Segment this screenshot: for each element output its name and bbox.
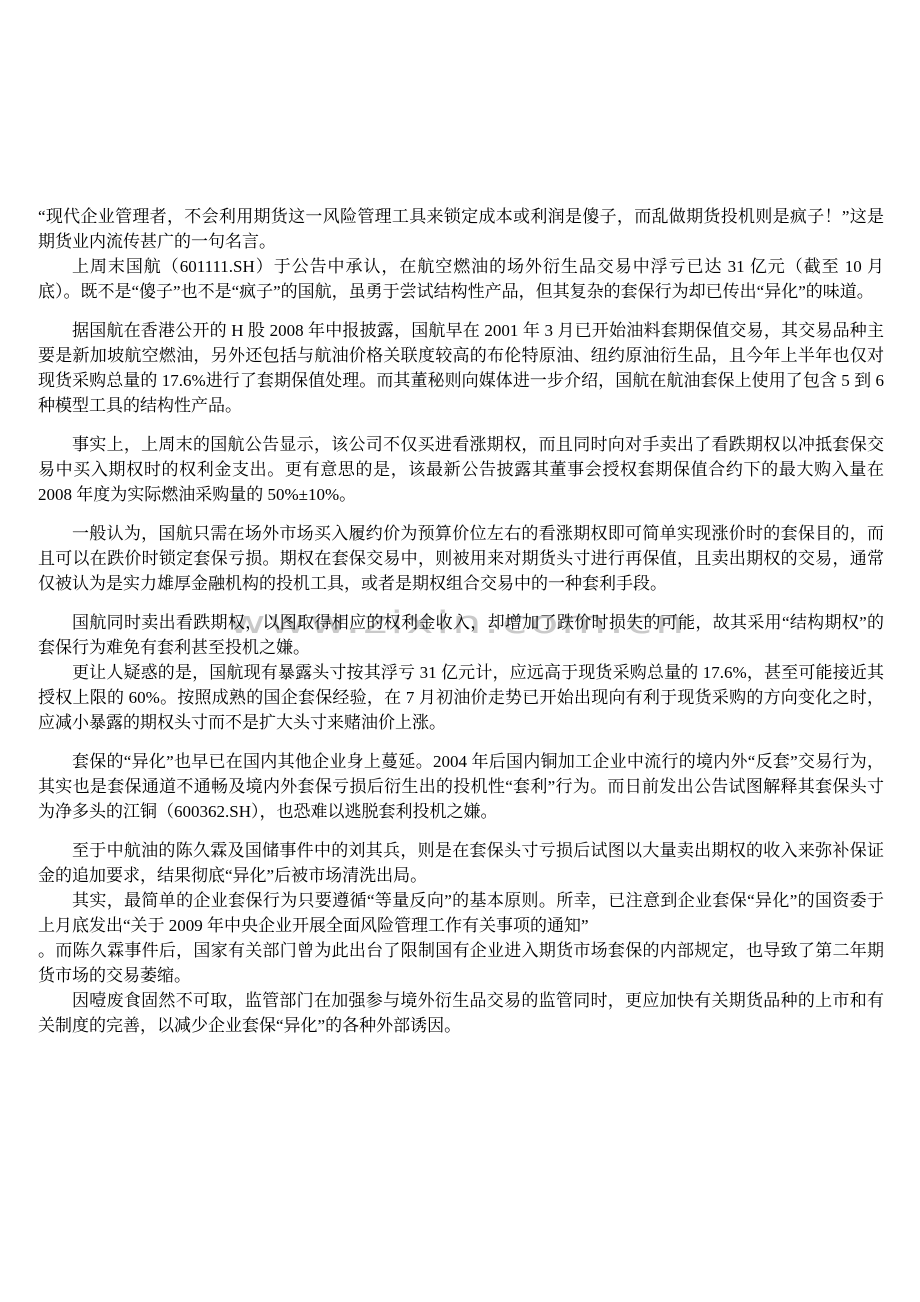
- paragraph: 事实上，上周末的国航公告显示，该公司不仅买进看涨期权，而且同时向对手卖出了看跌期…: [38, 432, 884, 507]
- paragraph: 上周末国航（601111.SH）于公告中承认，在航空燃油的场外衍生品交易中浮亏已…: [38, 254, 884, 304]
- paragraph: 更让人疑惑的是，国航现有暴露头寸按其浮亏 31 亿元计，应远高于现货采购总量的 …: [38, 660, 884, 735]
- paragraph: 至于中航油的陈久霖及国储事件中的刘其兵，则是在套保头寸亏损后试图以大量卖出期权的…: [38, 838, 884, 888]
- document-body: “现代企业管理者，不会利用期货这一风险管理工具来锁定成本或利润是傻子，而乱做期货…: [38, 204, 884, 1038]
- paragraph: 。而陈久霖事件后，国家有关部门曾为此出台了限制国有企业进入期货市场套保的内部规定…: [38, 938, 884, 988]
- document-page: www.zixin.com.cn “现代企业管理者，不会利用期货这一风险管理工具…: [0, 0, 920, 1302]
- paragraph: 套保的“异化”也早已在国内其他企业身上蔓延。2004 年后国内铜加工企业中流行的…: [38, 749, 884, 824]
- paragraph: 其实，最简单的企业套保行为只要遵循“等量反向”的基本原则。所幸，已注意到企业套保…: [38, 888, 884, 938]
- paragraph: 国航同时卖出看跌期权，以图取得相应的权利金收入，却增加了跌价时损失的可能，故其采…: [38, 610, 884, 660]
- paragraph: 因噎废食固然不可取，监管部门在加强参与境外衍生品交易的监管同时，更应加快有关期货…: [38, 988, 884, 1038]
- paragraph: 一般认为，国航只需在场外市场买入履约价为预算价位左右的看涨期权即可简单实现涨价时…: [38, 521, 884, 596]
- paragraph: 据国航在香港公开的 H 股 2008 年中报披露，国航早在 2001 年 3 月…: [38, 318, 884, 418]
- paragraph: “现代企业管理者，不会利用期货这一风险管理工具来锁定成本或利润是傻子，而乱做期货…: [38, 204, 884, 254]
